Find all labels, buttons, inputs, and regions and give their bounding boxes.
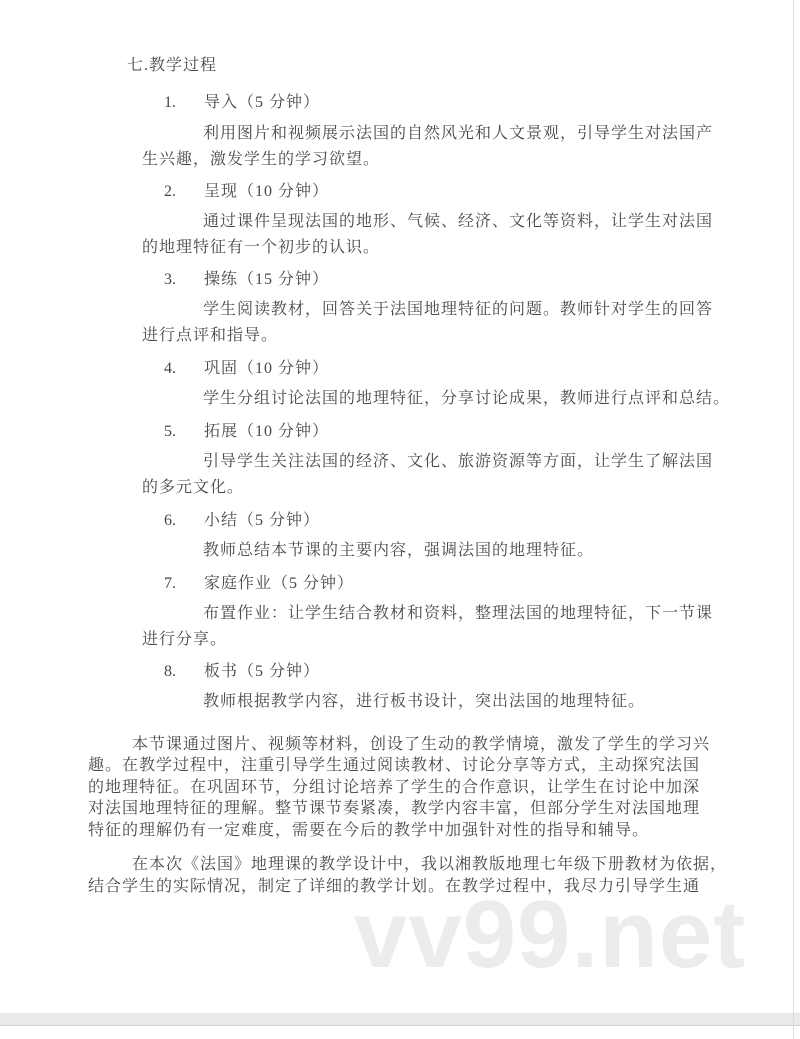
body-line: 进行点评和指导。 — [142, 325, 278, 347]
list-title: 家庭作业（5 分钟） — [204, 575, 354, 592]
body-line: 学生分组讨论法国的地理特征，分享讨论成果，教师进行点评和总结。 — [203, 388, 730, 410]
paragraph-line: 特征的理解仍有一定难度，需要在今后的教学中加强针对性的指导和辅导。 — [88, 820, 649, 842]
paragraph-line: 趣。在教学过程中，注重引导学生通过阅读教材、讨论分享等方式，主动探究法国 — [88, 755, 700, 777]
section-heading: 七.教学过程 — [127, 55, 217, 77]
list-number: 7. — [164, 573, 204, 595]
list-number: 4. — [164, 358, 204, 380]
body-line: 进行分享。 — [142, 629, 227, 651]
body-line: 学生阅读教材，回答关于法国地理特征的问题。教师针对学生的回答 — [203, 299, 713, 321]
list-title: 拓展（10 分钟） — [204, 423, 329, 440]
body-line: 生兴趣，激发学生的学习欲望。 — [142, 149, 380, 171]
body-line: 通过课件呈现法国的地形、气候、经济、文化等资料，让学生对法国 — [203, 211, 713, 233]
bottom-scrollbar-track[interactable] — [0, 1013, 800, 1026]
list-item-1: 1.导入（5 分钟） — [164, 92, 320, 114]
list-title: 导入（5 分钟） — [204, 94, 320, 111]
list-title: 操练（15 分钟） — [204, 271, 329, 288]
list-number: 1. — [164, 92, 204, 114]
watermark: vv99.net — [354, 880, 746, 990]
list-item-5: 5.拓展（10 分钟） — [164, 421, 329, 443]
document-page: 七.教学过程 1.导入（5 分钟） 利用图片和视频展示法国的自然风光和人文景观，… — [0, 0, 800, 1039]
body-line: 教师根据教学内容，进行板书设计，突出法国的地理特征。 — [203, 691, 645, 713]
list-item-8: 8.板书（5 分钟） — [164, 661, 320, 683]
list-title: 小结（5 分钟） — [204, 512, 320, 529]
list-number: 5. — [164, 421, 204, 443]
list-number: 6. — [164, 510, 204, 532]
list-item-6: 6.小结（5 分钟） — [164, 510, 320, 532]
paragraph-line: 在本次《法国》地理课的教学设计中，我以湘教版地理七年级下册教材为依据， — [132, 854, 727, 876]
list-number: 3. — [164, 269, 204, 291]
body-line: 利用图片和视频展示法国的自然风光和人文景观，引导学生对法国产 — [203, 123, 713, 145]
body-line: 引导学生关注法国的经济、文化、旅游资源等方面，让学生了解法国 — [203, 451, 713, 473]
list-item-3: 3.操练（15 分钟） — [164, 269, 329, 291]
list-title: 板书（5 分钟） — [204, 663, 320, 680]
paragraph-line: 本节课通过图片、视频等材料，创设了生动的教学情境，激发了学生的学习兴 — [132, 734, 710, 756]
paragraph-line: 对法国地理特征的理解。整节课节奏紧凑，教学内容丰富，但部分学生对法国地理 — [88, 798, 700, 820]
list-item-2: 2.呈现（10 分钟） — [164, 181, 329, 203]
list-item-4: 4.巩固（10 分钟） — [164, 358, 329, 380]
paragraph-line: 的地理特征。在巩固环节，分组讨论培养了学生的合作意识，让学生在讨论中加深 — [88, 777, 700, 799]
page-edge-divider — [793, 0, 794, 1039]
list-number: 8. — [164, 661, 204, 683]
body-line: 教师总结本节课的主要内容，强调法国的地理特征。 — [203, 540, 594, 562]
body-line: 布置作业：让学生结合教材和资料，整理法国的地理特征，下一节课 — [203, 603, 713, 625]
list-number: 2. — [164, 181, 204, 203]
list-item-7: 7.家庭作业（5 分钟） — [164, 573, 354, 595]
body-line: 的地理特征有一个初步的认识。 — [142, 237, 380, 259]
body-line: 的多元文化。 — [142, 477, 244, 499]
list-title: 呈现（10 分钟） — [204, 183, 329, 200]
list-title: 巩固（10 分钟） — [204, 360, 329, 377]
